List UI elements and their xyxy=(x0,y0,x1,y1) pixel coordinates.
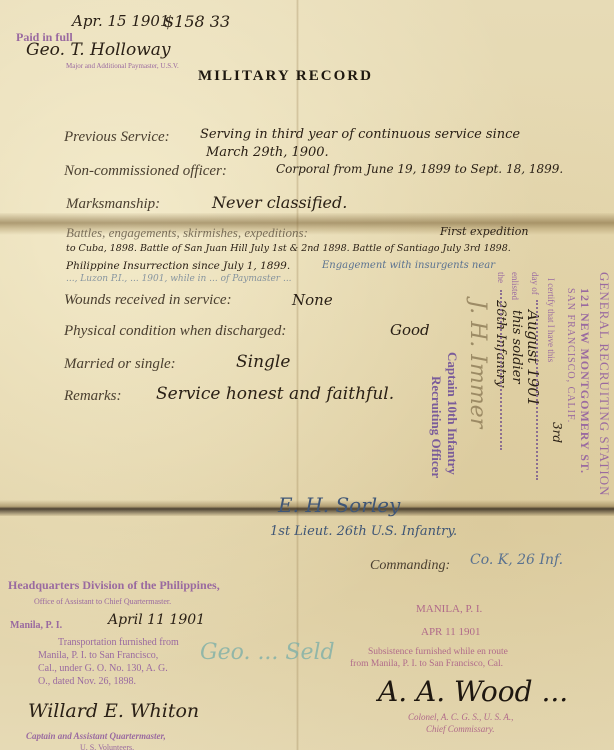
dotted-line xyxy=(500,290,502,450)
qm-line5: Cal., under G. O. No. 130, A. G. xyxy=(38,663,168,674)
qm-signature: Willard E. Whiton xyxy=(28,700,199,722)
nco-label: Non-commissioned officer: xyxy=(64,163,227,180)
subsistence-line1: Subsistence furnished while en route xyxy=(368,647,508,657)
commanding-signature: E. H. Sorley xyxy=(278,493,400,517)
subsistence-line2: from Manila, P. I. to San Francisco, Cal… xyxy=(350,659,503,669)
commanding-unit: Co. K, 26 Inf. xyxy=(470,552,563,568)
the-label: the xyxy=(496,272,506,283)
day-of-value: August 1901 xyxy=(524,310,542,406)
marital-value: Single xyxy=(236,352,290,372)
subsistence-title1: Colonel, A. C. G. S., U. S. A., xyxy=(408,712,513,722)
payment-amount: $158 33 xyxy=(164,12,230,31)
enlisted-value: this soldier xyxy=(509,310,524,384)
qm-line1: Headquarters Division of the Philippines… xyxy=(8,578,220,593)
subsistence-title2: Chief Commissary. xyxy=(426,724,495,734)
recruiting-line2: 121 NEW MONTGOMERY ST. xyxy=(577,288,592,474)
page-title: MILITARY RECORD xyxy=(198,68,373,85)
officer-title2: Recruiting Officer xyxy=(428,376,444,478)
nco-value: Corporal from June 19, 1899 to Sept. 18,… xyxy=(276,162,563,176)
marital-label: Married or single: xyxy=(64,356,176,373)
military-record-document: Apr. 15 1901 $158 33 Paid in full Geo. T… xyxy=(0,0,614,750)
paymaster-signature: Geo. T. Holloway xyxy=(26,40,171,60)
marksmanship-label: Marksmanship: xyxy=(66,196,160,213)
teal-annotation: Geo. ... Seld xyxy=(200,640,335,665)
wounds-label: Wounds received in service: xyxy=(64,292,232,309)
payment-date: Apr. 15 1901 xyxy=(72,12,170,30)
commanding-label: Commanding: xyxy=(370,558,450,574)
wounds-value: None xyxy=(292,291,333,309)
subsistence-place: MANILA, P. I. xyxy=(416,603,482,615)
battles-value-line2: to Cuba, 1898. Battle of San Juan Hill J… xyxy=(66,243,511,254)
qm-title2: U. S. Volunteers. xyxy=(80,743,134,750)
qm-place: Manila, P. I. xyxy=(10,620,62,631)
certify-day: 3rd xyxy=(550,422,564,443)
previous-service-value-line1: Serving in third year of continuous serv… xyxy=(200,127,520,142)
qm-title1: Captain and Assistant Quartermaster, xyxy=(26,731,166,741)
qm-date: April 11 1901 xyxy=(108,612,205,628)
certify-prefix: I certify that I have this xyxy=(546,278,556,362)
previous-service-label: Previous Service: xyxy=(64,129,170,146)
subsistence-signature: A. A. Wood ... xyxy=(378,675,568,708)
subsistence-date: APR 11 1901 xyxy=(421,626,481,638)
day-of-label: day of xyxy=(530,272,540,295)
blue-note-line2: ..., Luzon P.I., ... 1901, while in ... … xyxy=(66,274,292,284)
previous-service-value-line2: March 29th, 1900. xyxy=(206,145,329,160)
dotted-line xyxy=(536,300,538,480)
remarks-value: Service honest and faithful. xyxy=(156,384,394,404)
qm-line2: Office of Assistant to Chief Quartermast… xyxy=(34,597,171,606)
officer-title1: Captain 10th Infantry xyxy=(444,352,460,475)
qm-line6: O., dated Nov. 26, 1898. xyxy=(38,676,136,687)
paymaster-caption: Major and Additional Paymaster, U.S.V. xyxy=(66,62,179,70)
marksmanship-value: Never classified. xyxy=(212,193,347,212)
physical-condition-label: Physical condition when discharged: xyxy=(64,323,286,340)
enlisted-label: enlisted xyxy=(510,272,520,300)
qm-line3: Transportation furnished from xyxy=(58,637,179,648)
remarks-label: Remarks: xyxy=(64,388,121,405)
battles-label: Battles, engagements, skirmishes, expedi… xyxy=(66,225,308,241)
battles-value-line3: Philippine Insurrection since July 1, 18… xyxy=(66,260,290,272)
recruiting-line3: SAN FRANCISCO, CALIF. xyxy=(565,288,576,423)
recruiting-line1: GENERAL RECRUITING STATION xyxy=(596,272,612,497)
recruiting-officer-signature: J. H. Immer xyxy=(465,300,490,428)
battles-value-line1: First expedition xyxy=(440,225,528,238)
vertical-fold xyxy=(296,0,299,750)
physical-condition-value: Good xyxy=(390,321,430,339)
commanding-rank: 1st Lieut. 26th U.S. Infantry. xyxy=(270,524,457,539)
qm-line4: Manila, P. I. to San Francisco, xyxy=(38,650,158,661)
blue-note-line1: Engagement with insurgents near xyxy=(322,260,495,271)
